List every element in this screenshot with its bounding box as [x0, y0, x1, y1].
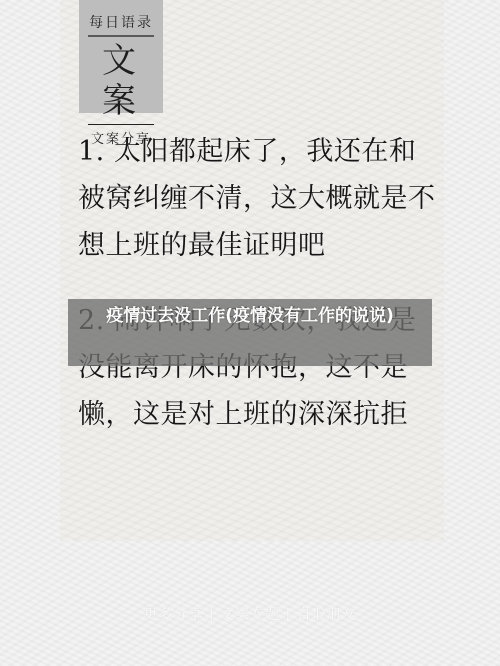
category-badge: 每日语录 文案 文案分享 — [79, 0, 163, 113]
footer-watermark: 更多分享 | 文案专题 | 自取朋友 — [0, 604, 500, 624]
quote-paragraph-1: 1. 太阳都起床了，我还在和被窝纠缠不清，这大概就是不想上班的最佳证明吧 — [78, 128, 438, 269]
badge-main-label: 文案 — [88, 41, 154, 125]
article-title[interactable]: 疫情过去没工作(疫情没有工作的说说) — [68, 305, 432, 328]
badge-top-label: 每日语录 — [88, 12, 154, 37]
